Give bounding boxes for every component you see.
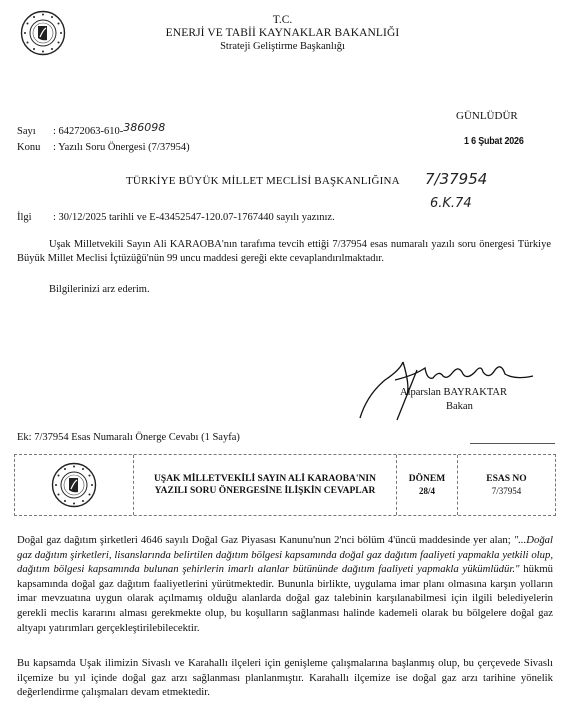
signatory-title: Bakan	[446, 401, 473, 412]
ilgi-value: : 30/12/2025 tarihli ve E-43452547-120.0…	[53, 212, 335, 223]
sayi-value: : 64272063-610-	[53, 126, 123, 137]
answer-header-box: UŞAK MİLLETVEKİLİ SAYIN ALİ KARAOBA'NIN …	[14, 454, 556, 516]
answer-paragraph-1: Doğal gaz dağıtım şirketleri 4646 sayılı…	[17, 533, 553, 635]
handwritten-ref: 7/37954	[425, 170, 487, 188]
esas-value: 7/37954	[486, 485, 526, 497]
donem-value: 28/4	[409, 485, 445, 497]
urgency-stamp: GÜNLÜDÜR	[456, 110, 518, 122]
esas-cell: ESAS NO 7/37954	[458, 455, 555, 515]
konu-label: Konu	[17, 142, 53, 153]
signatory-name: Alparslan BAYRAKTAR	[400, 387, 507, 398]
recipient-text: TÜRKİYE BÜYÜK MİLLET MECLİSİ BAŞKANLIĞIN…	[126, 175, 400, 187]
header-department: Strateji Geliştirme Başkanlığı	[0, 41, 565, 52]
answer-paragraph-2: Bu kapsamda Uşak ilimizin Sivaslı ve Kar…	[17, 656, 553, 700]
sayi-row: Sayı: 64272063-610-386098	[17, 124, 165, 137]
answer-title-line1: UŞAK MİLLETVEKİLİ SAYIN ALİ KARAOBA'NIN	[154, 473, 376, 485]
answer-p1-start: Doğal gaz dağıtım şirketleri 4646 sayılı…	[17, 534, 514, 546]
header-tc: T.C.	[0, 14, 565, 26]
donem-label: DÖNEM	[409, 473, 445, 485]
sayi-handwritten: 386098	[123, 121, 165, 134]
konu-value: : Yazılı Soru Önergesi (7/37954)	[53, 142, 190, 153]
letter-paragraph-2: Bilgilerinizi arz ederim.	[49, 283, 150, 297]
answer-title-cell: UŞAK MİLLETVEKİLİ SAYIN ALİ KARAOBA'NIN …	[134, 455, 397, 515]
letter-paragraph-1: Uşak Milletvekili Sayın Ali KARAOBA'nın …	[17, 238, 551, 266]
divider	[470, 443, 555, 444]
attachment-note: Ek: 7/37954 Esas Numaralı Önerge Cevabı …	[17, 432, 240, 443]
date-stamp: 1 6 Şubat 2026	[464, 135, 524, 147]
sayi-label: Sayı	[17, 126, 53, 137]
konu-row: Konu: Yazılı Soru Önergesi (7/37954)	[17, 142, 190, 153]
ilgi-row: İlgi: 30/12/2025 tarihli ve E-43452547-1…	[17, 212, 335, 223]
recipient: TÜRKİYE BÜYÜK MİLLET MECLİSİ BAŞKANLIĞIN…	[126, 175, 400, 187]
handwritten-note: 6.K.74	[430, 196, 472, 211]
ilgi-label: İlgi	[17, 212, 53, 223]
donem-cell: DÖNEM 28/4	[397, 455, 458, 515]
answer-title-line2: YAZILI SORU ÖNERGESİNE İLİŞKİN CEVAPLAR	[154, 485, 376, 497]
ministry-seal-icon	[51, 462, 97, 508]
seal-cell	[15, 455, 134, 515]
header-ministry: ENERJİ VE TABİİ KAYNAKLAR BAKANLIĞI	[0, 27, 565, 39]
esas-label: ESAS NO	[486, 473, 526, 485]
